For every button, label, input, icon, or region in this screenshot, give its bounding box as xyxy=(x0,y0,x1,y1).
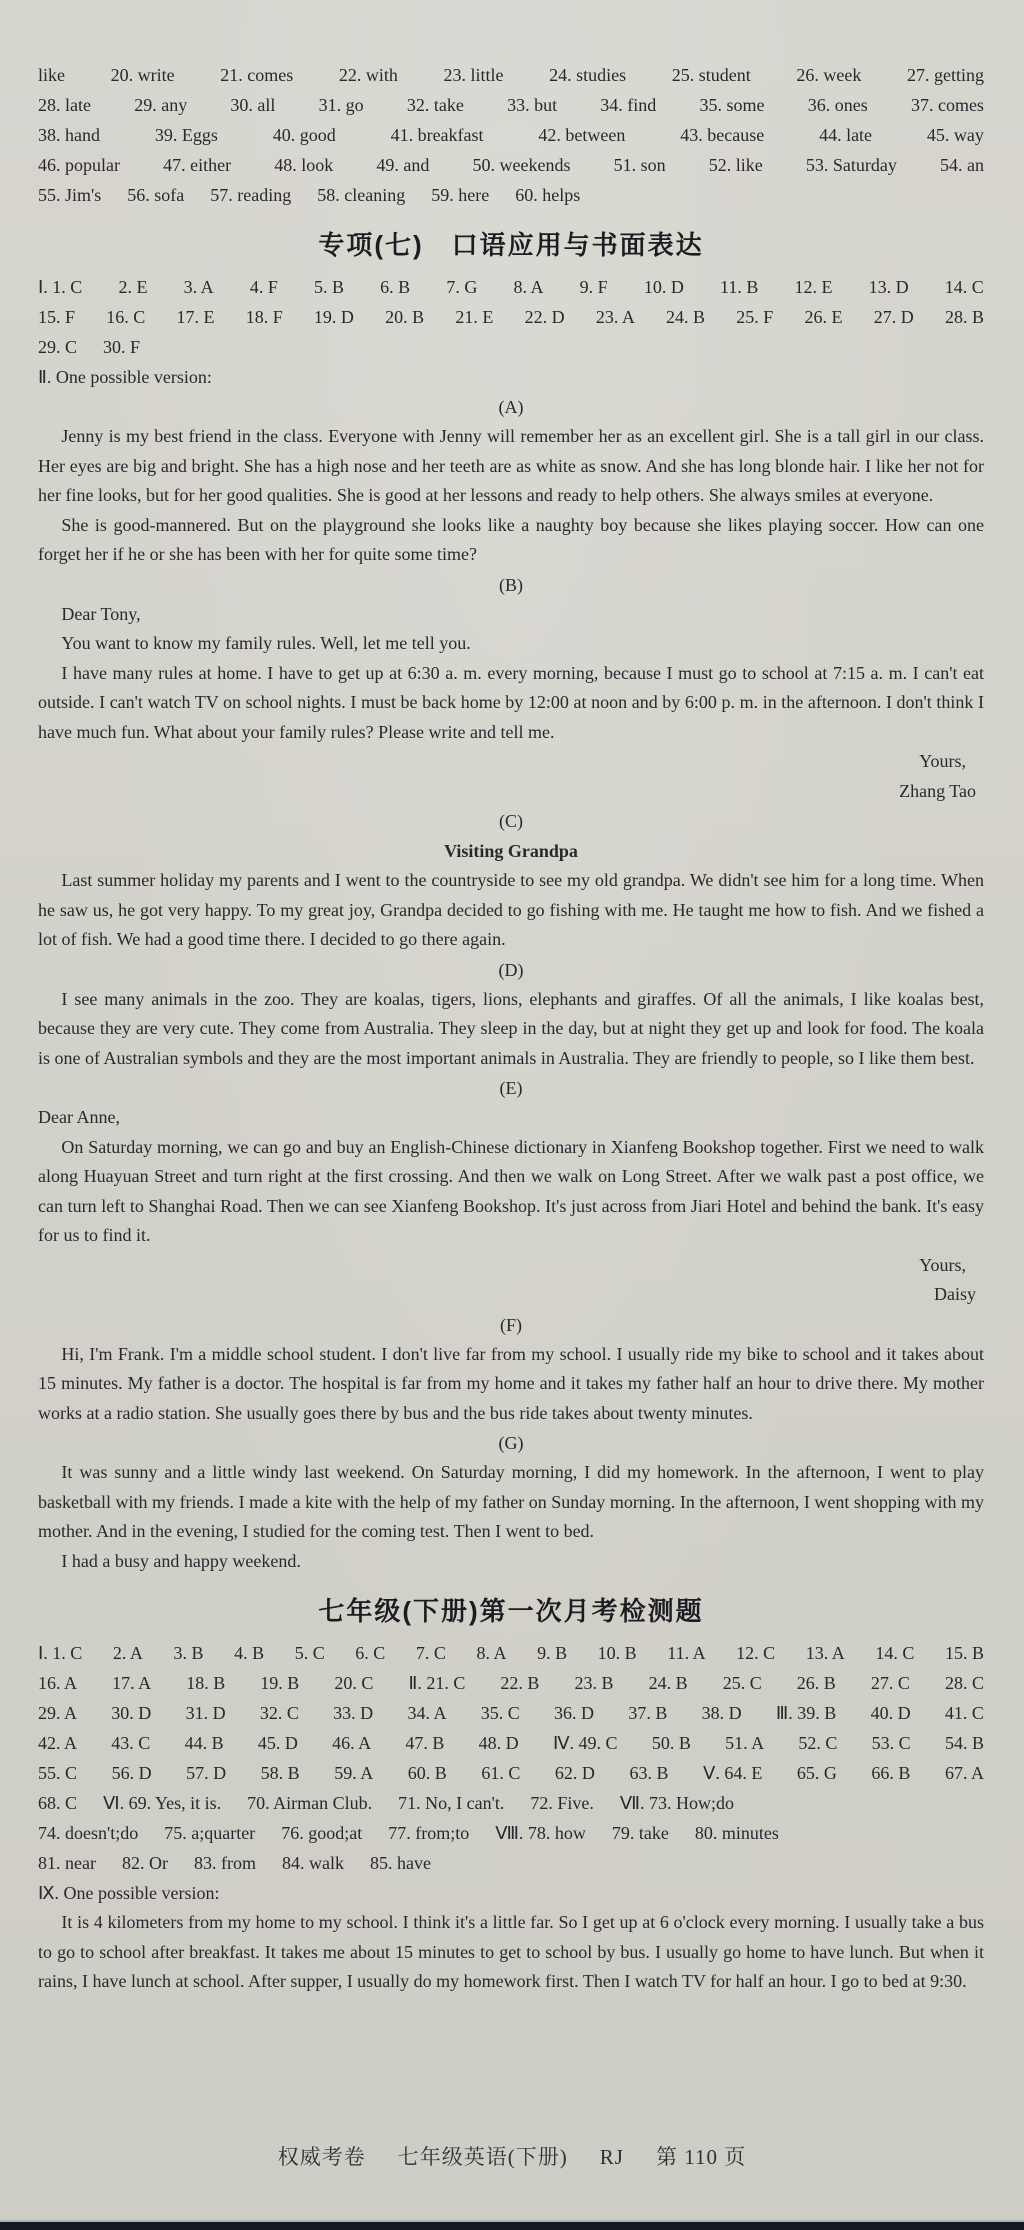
answer-item: 43. because xyxy=(680,120,764,150)
answer-item: 59. A xyxy=(334,1758,373,1788)
answer-item: 18. B xyxy=(186,1668,225,1698)
answer-item: 38. D xyxy=(702,1698,742,1728)
answer-item: 75. a;quarter xyxy=(164,1818,255,1848)
answer-item: 47. either xyxy=(163,150,231,180)
essay-a-paragraph: She is good-mannered. But on the playgro… xyxy=(38,511,984,570)
answer-item: 4. B xyxy=(234,1638,264,1668)
answer-item: 44. B xyxy=(185,1728,224,1758)
answer-item: 21. comes xyxy=(220,60,293,90)
answer-item: 58. cleaning xyxy=(317,180,405,210)
answer-item: 39. Eggs xyxy=(155,120,218,150)
answer-item: 71. No, I can't. xyxy=(398,1788,504,1818)
answer-item: 28. C xyxy=(945,1668,984,1698)
answer-item: 52. like xyxy=(709,150,763,180)
answer-item: 30. D xyxy=(111,1698,151,1728)
answer-item: 16. C xyxy=(106,302,145,332)
essay-g-label: (G) xyxy=(38,1428,984,1458)
special-seven-heading: 专项(七) 口语应用与书面表达 xyxy=(38,226,984,264)
answer-item: Ⅰ. 1. C xyxy=(38,1638,82,1668)
answer-row: 38. hand39. Eggs40. good41. breakfast42.… xyxy=(38,120,984,150)
essay-e-paragraph: On Saturday morning, we can go and buy a… xyxy=(38,1133,984,1251)
answer-item: 62. D xyxy=(555,1758,595,1788)
answer-item: 36. D xyxy=(554,1698,594,1728)
answer-item: 2. E xyxy=(118,272,147,302)
essay-b-paragraph: You want to know my family rules. Well, … xyxy=(38,629,984,659)
answer-item: 8. A xyxy=(476,1638,506,1668)
answer-item: 48. D xyxy=(479,1728,519,1758)
answer-item: 34. A xyxy=(407,1698,446,1728)
answer-item: 57. D xyxy=(186,1758,226,1788)
answer-item: 67. A xyxy=(945,1758,984,1788)
special-seven-choice-answers: Ⅰ. 1. C2. E3. A4. F5. B6. B7. G8. A9. F1… xyxy=(38,272,984,362)
answer-item: 25. student xyxy=(672,60,751,90)
answer-item: 57. reading xyxy=(210,180,291,210)
answer-item: Ⅰ. 1. C xyxy=(38,272,82,302)
answer-item: 10. B xyxy=(598,1638,637,1668)
answer-item: 10. D xyxy=(644,272,684,302)
essay-f-label: (F) xyxy=(38,1310,984,1340)
answer-item: 80. minutes xyxy=(695,1818,779,1848)
answer-item: 24. B xyxy=(666,302,705,332)
answer-item: 13. D xyxy=(869,272,909,302)
answer-item: 33. D xyxy=(333,1698,373,1728)
answer-item: 46. A xyxy=(332,1728,371,1758)
answer-item: Ⅲ. 39. B xyxy=(776,1698,836,1728)
answer-item: 3. B xyxy=(174,1638,204,1668)
answer-item: 20. write xyxy=(111,60,175,90)
answer-item: 19. D xyxy=(314,302,354,332)
answer-item: 50. weekends xyxy=(472,150,570,180)
answer-row: 55. Jim's56. sofa57. reading58. cleaning… xyxy=(38,180,984,210)
answer-item: 30. all xyxy=(230,90,275,120)
answer-item: 51. A xyxy=(725,1728,764,1758)
answer-item: 37. B xyxy=(628,1698,667,1728)
answer-item: 11. B xyxy=(720,272,758,302)
answer-item: 79. take xyxy=(612,1818,669,1848)
answer-item: 30. F xyxy=(103,332,140,362)
answer-row: 15. F16. C17. E18. F19. D20. B21. E22. D… xyxy=(38,302,984,332)
answer-item: 32. take xyxy=(407,90,464,120)
answer-item: 36. ones xyxy=(808,90,868,120)
answer-item: 12. E xyxy=(794,272,832,302)
answer-item: 60. B xyxy=(408,1758,447,1788)
answer-item: 37. comes xyxy=(911,90,984,120)
answer-item: 45. D xyxy=(258,1728,298,1758)
essay-e-signature: Daisy xyxy=(38,1280,984,1310)
answer-item: 70. Airman Club. xyxy=(247,1788,372,1818)
essay-d-paragraph: I see many animals in the zoo. They are … xyxy=(38,985,984,1074)
answer-item: 15. F xyxy=(38,302,75,332)
answer-item: 24. studies xyxy=(549,60,626,90)
answer-item: like xyxy=(38,60,65,90)
answer-item: 9. F xyxy=(580,272,608,302)
answer-item: 68. C xyxy=(38,1788,77,1818)
answer-item: 41. breakfast xyxy=(391,120,484,150)
answer-item: 3. A xyxy=(184,272,214,302)
essay-a-label: (A) xyxy=(38,392,984,422)
answer-item: 41. C xyxy=(945,1698,984,1728)
essay-g-paragraph: It was sunny and a little windy last wee… xyxy=(38,1458,984,1547)
answer-item: 22. B xyxy=(500,1668,539,1698)
answer-item: 59. here xyxy=(431,180,489,210)
answer-item: 82. Or xyxy=(122,1848,168,1878)
answer-item: 19. B xyxy=(260,1668,299,1698)
essay-d-label: (D) xyxy=(38,955,984,985)
essay-b-label: (B) xyxy=(38,570,984,600)
previous-section-word-answers: like20. write21. comes22. with23. little… xyxy=(38,60,984,210)
answer-row: Ⅰ. 1. C2. E3. A4. F5. B6. B7. G8. A9. F1… xyxy=(38,272,984,302)
answer-item: 54. B xyxy=(945,1728,984,1758)
answer-item: 26. week xyxy=(796,60,861,90)
answer-row: 81. near82. Or83. from84. walk85. have xyxy=(38,1848,984,1878)
special-seven-writing-label: Ⅱ. One possible version: xyxy=(38,362,984,392)
answer-item: 58. B xyxy=(261,1758,300,1788)
answer-item: 31. go xyxy=(319,90,364,120)
monthly-exam-essay: It is 4 kilometers from my home to my sc… xyxy=(38,1908,984,1997)
monthly-exam-heading: 七年级(下册)第一次月考检测题 xyxy=(38,1592,984,1630)
answer-item: 46. popular xyxy=(38,150,120,180)
answer-item: 53. Saturday xyxy=(806,150,897,180)
answer-item: 61. C xyxy=(481,1758,520,1788)
answer-item: 24. B xyxy=(649,1668,688,1698)
page-content: like20. write21. comes22. with23. little… xyxy=(0,0,1024,1997)
answer-item: 14. C xyxy=(875,1638,914,1668)
answer-item: Ⅶ. 73. How;do xyxy=(620,1788,734,1818)
answer-item: 27. getting xyxy=(907,60,984,90)
answer-item: 33. but xyxy=(507,90,557,120)
answer-item: 4. F xyxy=(250,272,278,302)
essay-b-paragraph: I have many rules at home. I have to get… xyxy=(38,659,984,748)
answer-item: 35. C xyxy=(481,1698,520,1728)
answer-item: 45. way xyxy=(927,120,984,150)
answer-item: Ⅱ. 21. C xyxy=(408,1668,465,1698)
answer-item: 43. C xyxy=(111,1728,150,1758)
answer-item: 76. good;at xyxy=(281,1818,362,1848)
answer-item: 2. A xyxy=(113,1638,143,1668)
essay-a-paragraph: Jenny is my best friend in the class. Ev… xyxy=(38,422,984,511)
essay-b-signature: Zhang Tao xyxy=(38,777,984,807)
answer-item: 29. A xyxy=(38,1698,77,1728)
answer-item: 40. D xyxy=(871,1698,911,1728)
answer-item: 28. late xyxy=(38,90,91,120)
answer-item: 15. B xyxy=(945,1638,984,1668)
answer-row: like20. write21. comes22. with23. little… xyxy=(38,60,984,90)
answer-item: 17. A xyxy=(112,1668,151,1698)
answer-item: 38. hand xyxy=(38,120,100,150)
answer-item: 74. doesn't;do xyxy=(38,1818,138,1848)
answer-row: 28. late29. any30. all31. go32. take33. … xyxy=(38,90,984,120)
answer-item: 5. B xyxy=(314,272,344,302)
answer-item: 23. A xyxy=(596,302,635,332)
answer-item: 51. son xyxy=(614,150,666,180)
essay-e-closing: Yours, xyxy=(38,1251,984,1281)
answer-item: 55. C xyxy=(38,1758,77,1788)
answer-item: 29. C xyxy=(38,332,77,362)
answer-item: 6. B xyxy=(380,272,410,302)
answer-item: 12. C xyxy=(736,1638,775,1668)
answer-item: 40. good xyxy=(273,120,336,150)
footer-book-title: 七年级英语(下册) xyxy=(398,2142,568,2172)
answer-item: 42. A xyxy=(38,1728,77,1758)
answer-item: 22. with xyxy=(339,60,398,90)
answer-item: 27. C xyxy=(871,1668,910,1698)
footer-page-number: 第 110 页 xyxy=(656,2142,746,2172)
answer-item: 29. any xyxy=(134,90,187,120)
essay-b-greeting: Dear Tony, xyxy=(38,600,984,630)
footer-edition-code: RJ xyxy=(600,2142,624,2172)
monthly-exam-writing-label: Ⅸ. One possible version: xyxy=(38,1878,984,1908)
answer-item: 17. E xyxy=(176,302,214,332)
answer-item: 56. sofa xyxy=(127,180,184,210)
answer-row: Ⅰ. 1. C2. A3. B4. B5. C6. C7. C8. A9. B1… xyxy=(38,1638,984,1668)
essay-e-label: (E) xyxy=(38,1073,984,1103)
answer-item: 25. F xyxy=(736,302,773,332)
answer-item: 53. C xyxy=(872,1728,911,1758)
essay-f-paragraph: Hi, I'm Frank. I'm a middle school stude… xyxy=(38,1340,984,1429)
answer-row: 29. A30. D31. D32. C33. D34. A35. C36. D… xyxy=(38,1698,984,1728)
answer-item: 32. C xyxy=(260,1698,299,1728)
answer-item: 6. C xyxy=(355,1638,385,1668)
answer-row: 42. A43. C44. B45. D46. A47. B48. DⅣ. 49… xyxy=(38,1728,984,1758)
answer-item: 42. between xyxy=(538,120,625,150)
answer-item: 11. A xyxy=(667,1638,705,1668)
answer-item: 31. D xyxy=(186,1698,226,1728)
answer-item: 20. B xyxy=(385,302,424,332)
answer-item: 65. G xyxy=(797,1758,837,1788)
answer-item: 18. F xyxy=(246,302,283,332)
answer-item: 22. D xyxy=(525,302,565,332)
answer-item: 55. Jim's xyxy=(38,180,101,210)
answer-row: 29. C30. F xyxy=(38,332,984,362)
answer-item: Ⅷ. 78. how xyxy=(495,1818,586,1848)
page-footer: 权威考卷 七年级英语(下册) RJ 第 110 页 xyxy=(0,2142,1024,2172)
answer-item: 54. an xyxy=(940,150,984,180)
answer-item: 7. C xyxy=(416,1638,446,1668)
answer-item: 25. C xyxy=(723,1668,762,1698)
answer-item: 81. near xyxy=(38,1848,96,1878)
essay-g-paragraph: I had a busy and happy weekend. xyxy=(38,1547,984,1577)
answer-row: 46. popular47. either48. look49. and50. … xyxy=(38,150,984,180)
answer-item: 47. B xyxy=(405,1728,444,1758)
essay-c-title: Visiting Grandpa xyxy=(38,836,984,866)
answer-item: 5. C xyxy=(295,1638,325,1668)
scan-bottom-edge xyxy=(0,2222,1024,2230)
answer-row: 55. C56. D57. D58. B59. A60. B61. C62. D… xyxy=(38,1758,984,1788)
answer-item: 77. from;to xyxy=(388,1818,469,1848)
answer-item: 16. A xyxy=(38,1668,77,1698)
answer-item: Ⅵ. 69. Yes, it is. xyxy=(103,1788,221,1818)
answer-item: 85. have xyxy=(370,1848,431,1878)
answer-item: 50. B xyxy=(652,1728,691,1758)
answer-item: 20. C xyxy=(334,1668,373,1698)
answer-item: 14. C xyxy=(945,272,984,302)
answer-item: 66. B xyxy=(871,1758,910,1788)
answer-item: Ⅴ. 64. E xyxy=(703,1758,762,1788)
answer-item: 27. D xyxy=(874,302,914,332)
answer-item: 48. look xyxy=(274,150,333,180)
answer-item: 7. G xyxy=(446,272,477,302)
answer-item: 56. D xyxy=(112,1758,152,1788)
answer-item: 34. find xyxy=(600,90,656,120)
essay-b-closing: Yours, xyxy=(38,747,984,777)
answer-item: Ⅳ. 49. C xyxy=(553,1728,618,1758)
essay-c-paragraph: Last summer holiday my parents and I wen… xyxy=(38,866,984,955)
answer-item: 23. little xyxy=(443,60,503,90)
answer-item: 26. E xyxy=(805,302,843,332)
answer-row: 74. doesn't;do75. a;quarter76. good;at77… xyxy=(38,1818,984,1848)
answer-item: 60. helps xyxy=(515,180,580,210)
monthly-exam-answers: Ⅰ. 1. C2. A3. B4. B5. C6. C7. C8. A9. B1… xyxy=(38,1638,984,1878)
answer-row: 68. CⅥ. 69. Yes, it is.70. Airman Club.7… xyxy=(38,1788,984,1818)
footer-brand: 权威考卷 xyxy=(278,2142,366,2172)
essay-e-greeting: Dear Anne, xyxy=(38,1103,984,1133)
essay-c-label: (C) xyxy=(38,806,984,836)
answer-item: 84. walk xyxy=(282,1848,344,1878)
answer-item: 63. B xyxy=(629,1758,668,1788)
answer-item: 49. and xyxy=(376,150,429,180)
answer-item: 72. Five. xyxy=(530,1788,594,1818)
answer-item: 8. A xyxy=(513,272,543,302)
answer-item: 13. A xyxy=(806,1638,845,1668)
answer-key-page: like20. write21. comes22. with23. little… xyxy=(0,0,1024,2230)
answer-item: 44. late xyxy=(819,120,872,150)
answer-item: 83. from xyxy=(194,1848,256,1878)
answer-item: 28. B xyxy=(945,302,984,332)
answer-item: 21. E xyxy=(455,302,493,332)
answer-row: 16. A17. A18. B19. B20. CⅡ. 21. C22. B23… xyxy=(38,1668,984,1698)
answer-item: 9. B xyxy=(537,1638,567,1668)
answer-item: 35. some xyxy=(700,90,765,120)
answer-item: 23. B xyxy=(575,1668,614,1698)
answer-item: 52. C xyxy=(798,1728,837,1758)
answer-item: 26. B xyxy=(797,1668,836,1698)
